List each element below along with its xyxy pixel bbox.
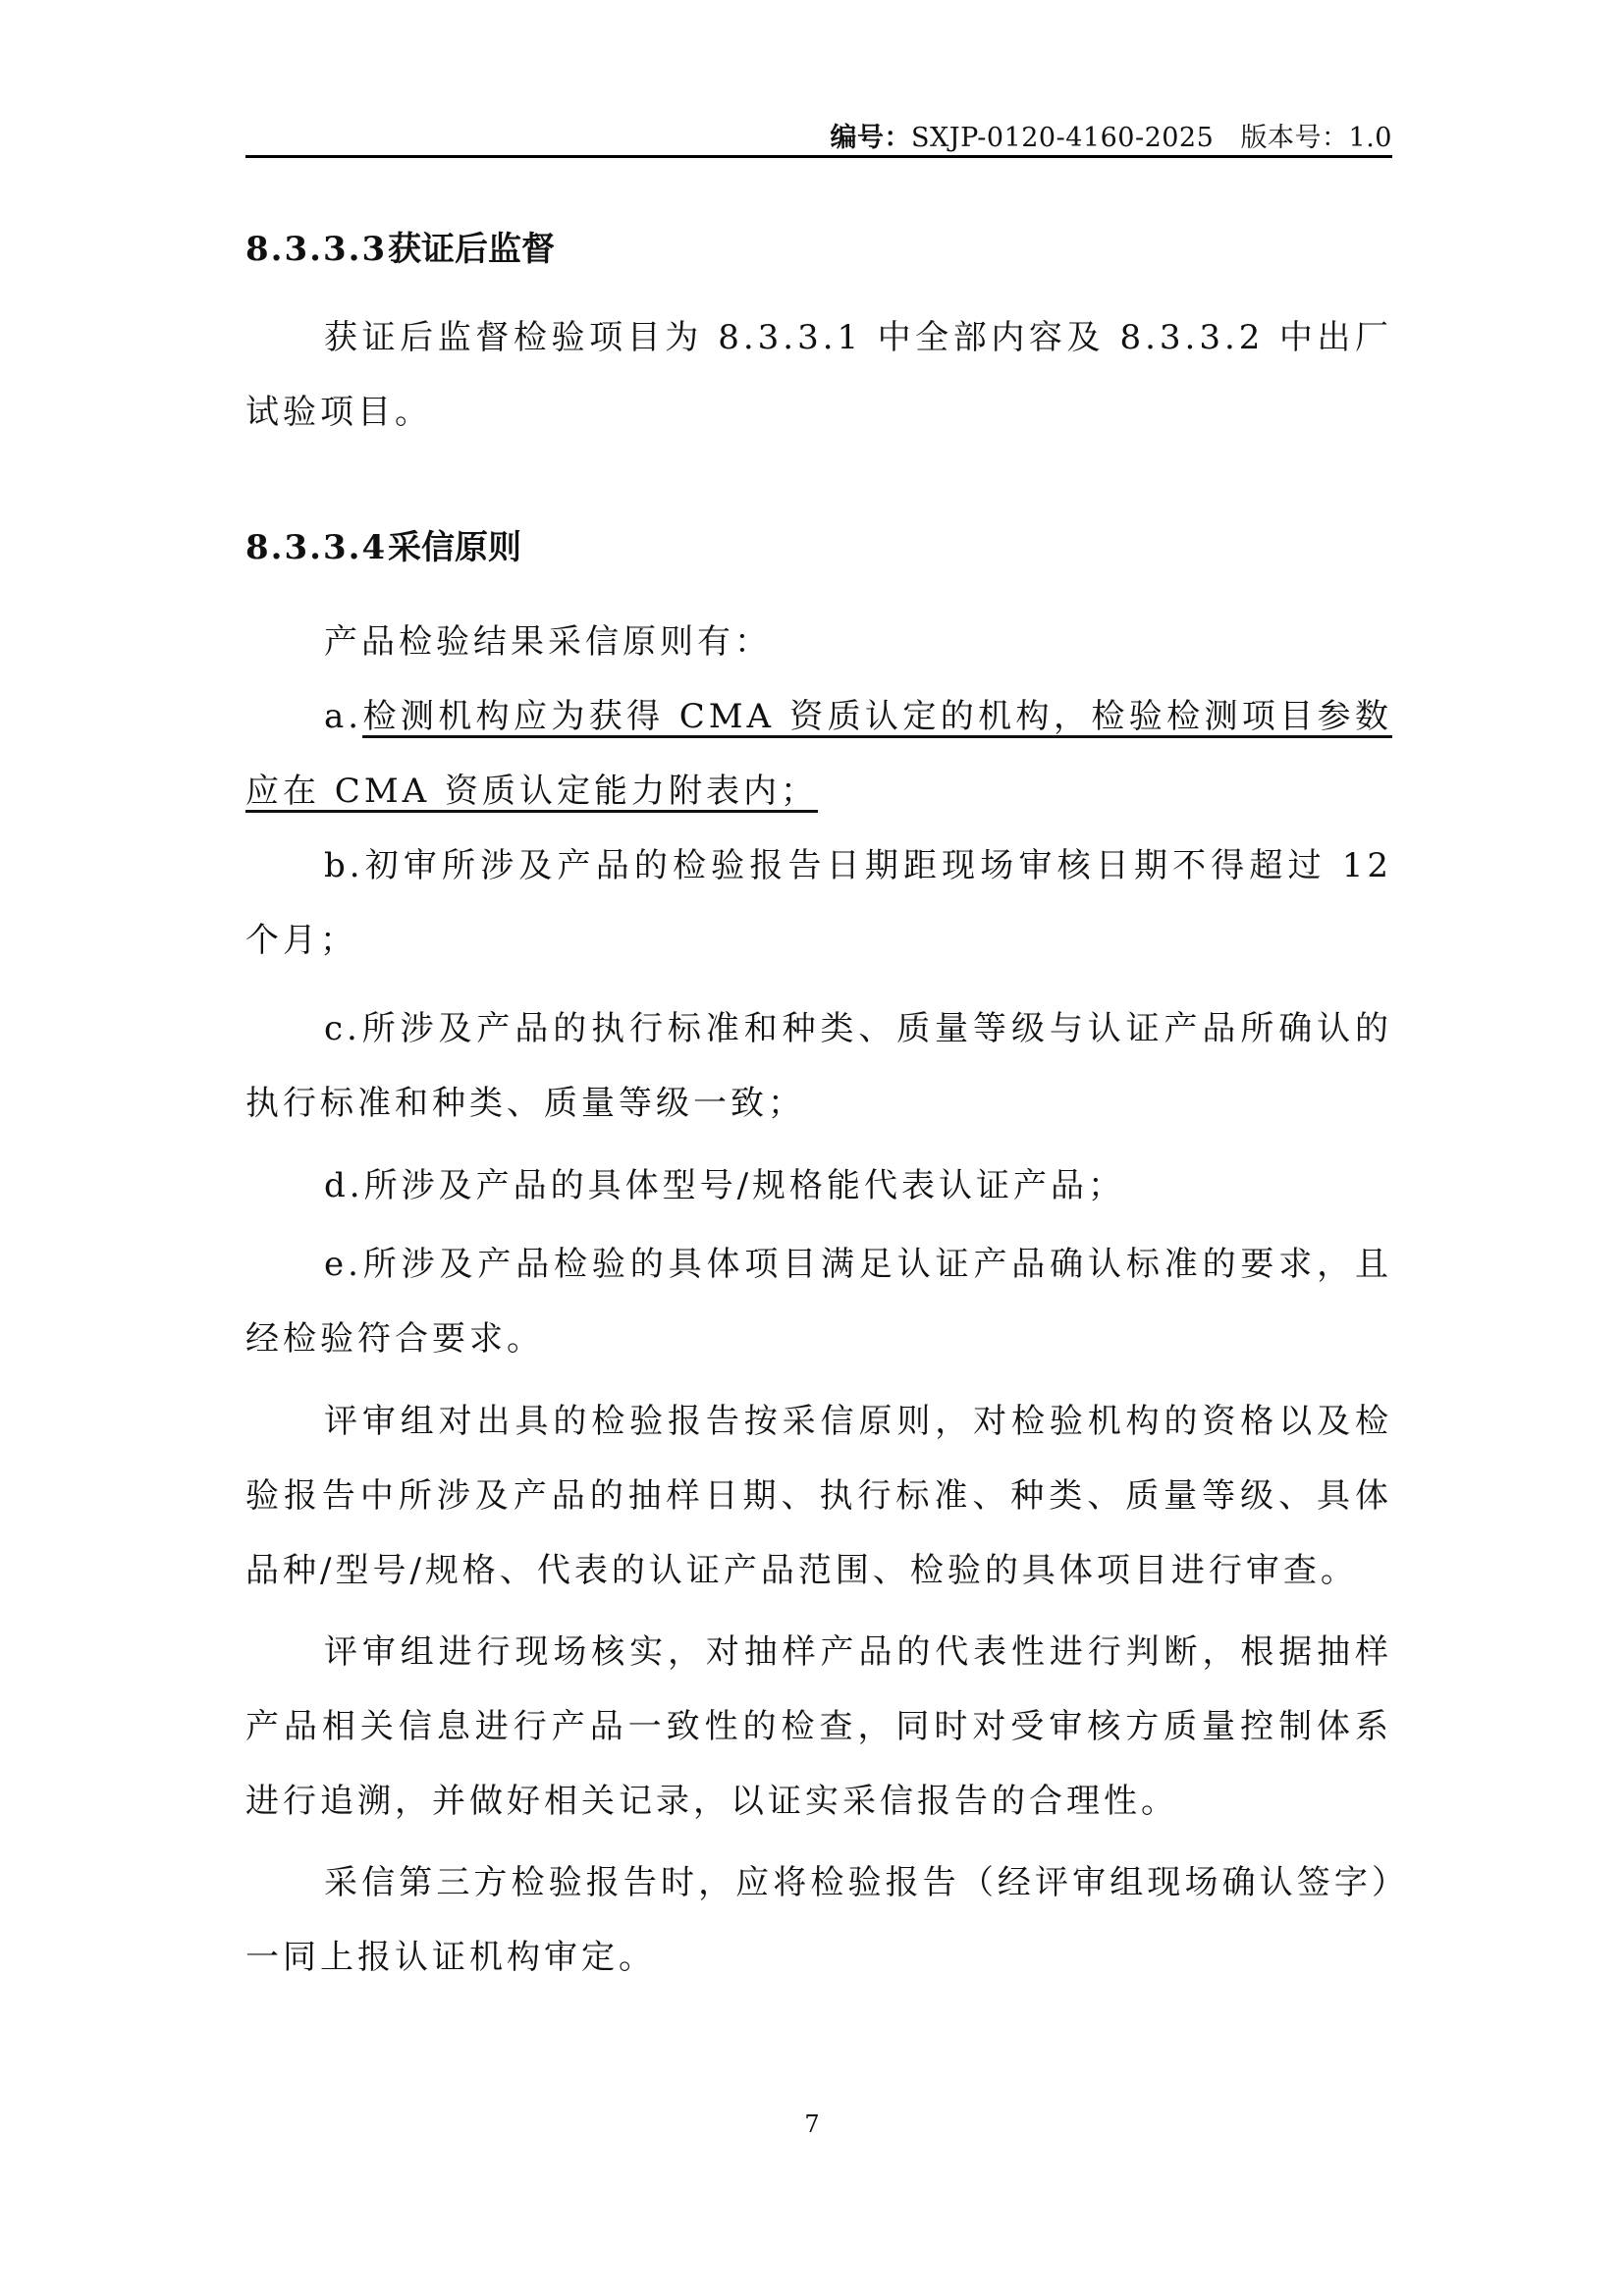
list-marker: b. <box>324 846 364 885</box>
version-number: 1.0 <box>1349 123 1392 153</box>
list-item-a: a.检测机构应为获得 CMA 资质认定的机构，检验检测项目参数应在 CMA 资质… <box>245 679 1392 828</box>
list-text: 所涉及产品检验的具体项目满足认证产品确认标准的要求，且经检验符合要求。 <box>245 1245 1392 1359</box>
list-text: 所涉及产品的执行标准和种类、质量等级与认证产品所确认的执行标准和种类、质量等级一… <box>245 1009 1392 1123</box>
list-item-b: b.初审所涉及产品的检验报告日期距现场审核日期不得超过 12 个月； <box>245 828 1392 978</box>
paragraph: 评审组进行现场核实，对抽样产品的代表性进行判断，根据抽样产品相关信息进行产品一致… <box>245 1615 1392 1839</box>
list-item-d: d.所涉及产品的具体型号/规格能代表认证产品； <box>245 1148 1392 1223</box>
section-title: 获证后监督 <box>388 230 555 269</box>
section-title: 采信原则 <box>388 528 521 567</box>
paragraph: 采信第三方检验报告时，应将检验报告（经评审组现场确认签字）一同上报认证机构审定。 <box>245 1845 1392 1995</box>
list-item-e: e.所涉及产品检验的具体项目满足认证产品确认标准的要求，且经检验符合要求。 <box>245 1227 1392 1376</box>
list-text: 所涉及产品的具体型号/规格能代表认证产品； <box>364 1166 1125 1205</box>
list-item-c: c.所涉及产品的执行标准和种类、质量等级与认证产品所确认的执行标准和种类、质量等… <box>245 991 1392 1141</box>
list-marker: c. <box>324 1009 361 1048</box>
header-rule <box>245 155 1392 158</box>
section-heading-8-3-3-3: 8.3.3.3获证后监督 <box>245 222 555 270</box>
paragraph: 评审组对出具的检验报告按采信原则，对检验机构的资格以及检验报告中所涉及产品的抽样… <box>245 1384 1392 1608</box>
doc-number-label: 编号： <box>831 123 912 153</box>
list-marker: d. <box>324 1166 364 1205</box>
list-marker: e. <box>324 1245 362 1284</box>
page-number: 7 <box>0 2110 1624 2138</box>
section-number: 8.3.3.3 <box>245 230 388 269</box>
doc-number: SXJP-0120-4160-2025 <box>911 123 1214 153</box>
list-marker: a. <box>324 697 362 736</box>
section-number: 8.3.3.4 <box>245 528 388 567</box>
version-label: 版本号： <box>1241 123 1349 153</box>
document-header: 编号：SXJP-0120-4160-2025 版本号：1.0 <box>245 116 1392 154</box>
intro-paragraph: 产品检验结果采信原则有： <box>245 605 1392 679</box>
paragraph: 获证后监督检验项目为 8.3.3.1 中全部内容及 8.3.3.2 中出厂试验项… <box>245 300 1392 450</box>
section-heading-8-3-3-4: 8.3.3.4采信原则 <box>245 520 521 568</box>
list-text-underlined: 检测机构应为获得 CMA 资质认定的机构，检验检测项目参数应在 CMA 资质认定… <box>245 697 1392 811</box>
list-text: 初审所涉及产品的检验报告日期距现场审核日期不得超过 12 个月； <box>245 846 1392 960</box>
